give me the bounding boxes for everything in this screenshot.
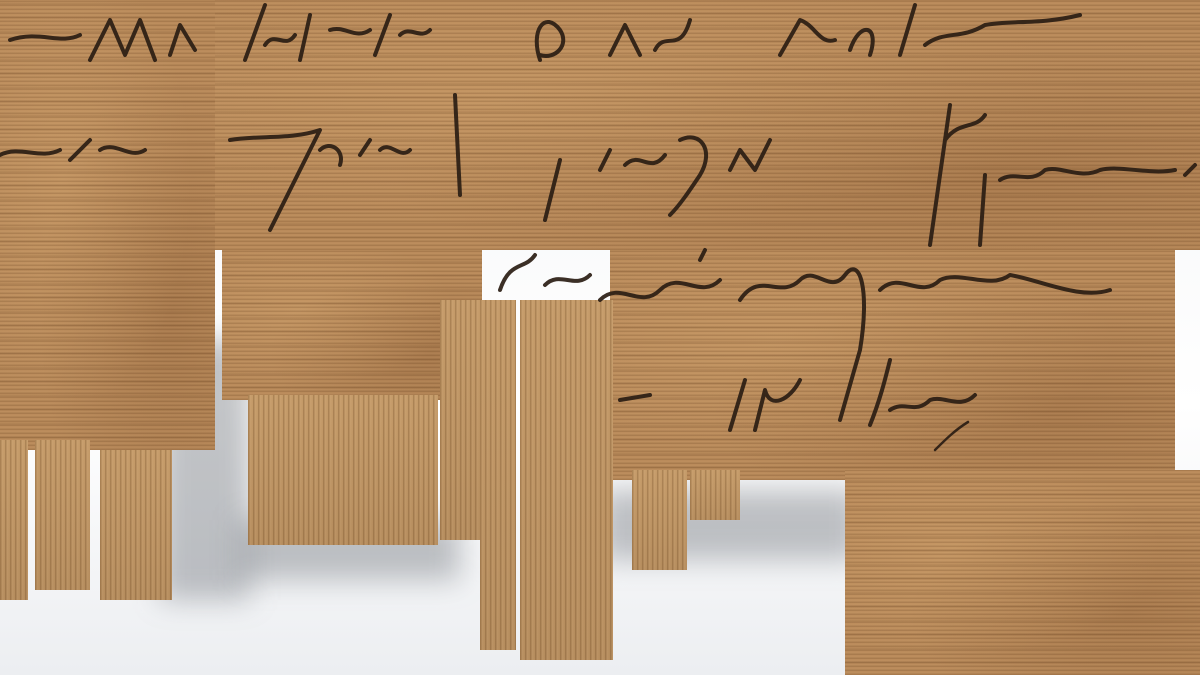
- papyrus-right-lower: [845, 470, 1200, 675]
- papyrus-strip: [248, 395, 438, 545]
- papyrus-middle-right: [610, 250, 1175, 480]
- papyrus-strip: [480, 300, 516, 650]
- papyrus-strip: [100, 450, 172, 600]
- papyrus-strip: [690, 470, 740, 520]
- papyrus-left-block: [0, 0, 215, 450]
- photo-stage: Fragment of an ancient papyrus with hand…: [0, 0, 1200, 675]
- papyrus-strip: [565, 300, 613, 660]
- papyrus-upper-band: [215, 0, 1200, 250]
- papyrus-strip: [0, 440, 28, 600]
- papyrus-strip: [35, 440, 90, 590]
- papyrus-strip: [632, 470, 687, 570]
- papyrus-strip: [520, 300, 565, 660]
